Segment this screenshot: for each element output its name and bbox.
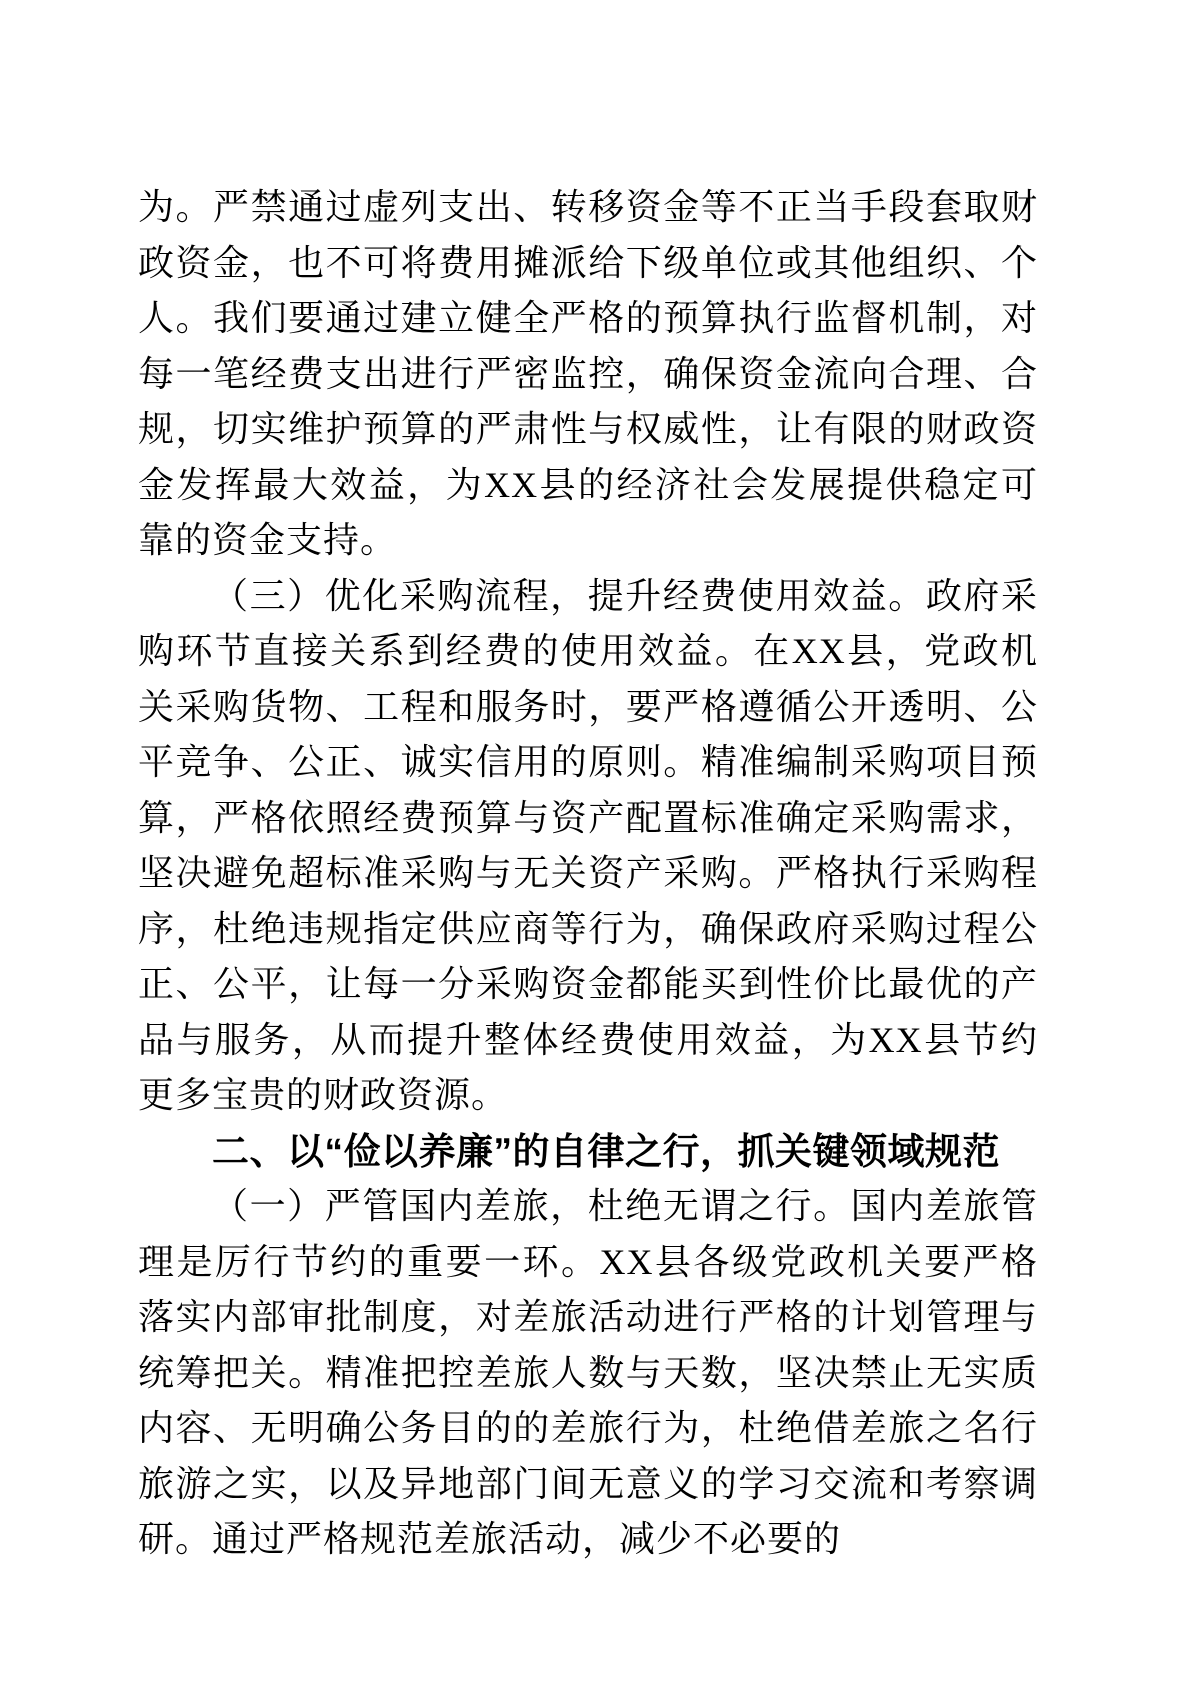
paragraph-procurement-optimization: （三）优化采购流程，提升经费使用效益。政府采购环节直接关系到经费的使用效益。在X…	[138, 569, 1038, 1124]
paragraph-budget-supervision-continuation: 为。严禁通过虚列支出、转移资金等不正当手段套取财政资金，也不可将费用摊派给下级单…	[138, 180, 1038, 569]
document-page: 为。严禁通过虚列支出、转移资金等不正当手段套取财政资金，也不可将费用摊派给下级单…	[0, 0, 1190, 1683]
section-heading-two: 二、以“俭以养廉”的自律之行，抓关键领域规范	[138, 1124, 1038, 1180]
paragraph-domestic-travel-control: （一）严管国内差旅，杜绝无谓之行。国内差旅管理是厉行节约的重要一环。XX县各级党…	[138, 1179, 1038, 1568]
